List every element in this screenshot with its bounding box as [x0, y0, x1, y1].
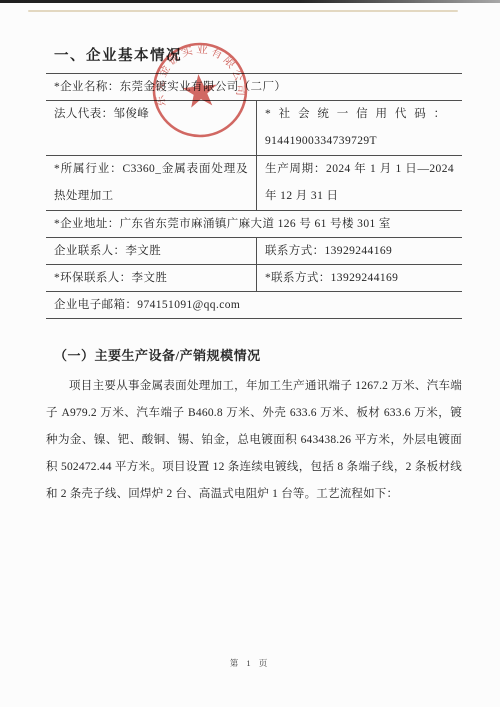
- industry-cell: *所属行业：C3360_金属表面处理及热处理加工: [46, 156, 257, 210]
- address-cell: *企业地址：广东省东莞市麻涌镇广麻大道 126 号 61 号楼 301 室: [46, 211, 462, 237]
- legal-rep-cell: 法人代表：邹俊峰: [46, 101, 257, 155]
- table-row: *企业地址：广东省东莞市麻涌镇广麻大道 126 号 61 号楼 301 室: [46, 211, 462, 238]
- scan-edge-artifact: [0, 0, 500, 3]
- contact-person-cell: 企业联系人：李文胜: [46, 238, 257, 264]
- credit-code-label: * 社 会 统 一 信 用 代 码 ：: [265, 101, 454, 128]
- enterprise-info-table: *企业名称：东莞金镀实业有限公司（二厂） 法人代表：邹俊峰 * 社 会 统 一 …: [46, 73, 462, 319]
- production-period-cell: 生产周期：2024 年 1 月 1 日—2024 年 12 月 31 日: [257, 156, 462, 210]
- table-row: *所属行业：C3360_金属表面处理及热处理加工 生产周期：2024 年 1 月…: [46, 156, 462, 211]
- section-heading: （一）主要生产设备/产销规模情况: [54, 347, 462, 365]
- document-page: 一、企业基本情况 *企业名称：东莞金镀实业有限公司（二厂） 法人代表：邹俊峰 *…: [46, 46, 462, 508]
- table-row: *企业名称：东莞金镀实业有限公司（二厂）: [46, 74, 462, 101]
- credit-code-value: 91441900334739729T: [265, 128, 454, 155]
- page-number: 第 1 页: [0, 657, 500, 669]
- contact-phone-cell: 联系方式：13929244169: [257, 238, 462, 264]
- scan-line-artifact: [28, 10, 458, 12]
- table-row: *环保联系人：李文胜 *联系方式：13929244169: [46, 265, 462, 292]
- env-contact-person-cell: *环保联系人：李文胜: [46, 265, 257, 291]
- table-row: 企业电子邮箱：974151091@qq.com: [46, 292, 462, 319]
- company-name-cell: *企业名称：东莞金镀实业有限公司（二厂）: [46, 74, 462, 100]
- page-title: 一、企业基本情况: [54, 46, 462, 66]
- table-row: 企业联系人：李文胜 联系方式：13929244169: [46, 238, 462, 265]
- table-row: 法人代表：邹俊峰 * 社 会 统 一 信 用 代 码 ： 91441900334…: [46, 101, 462, 156]
- env-contact-phone-cell: *联系方式：13929244169: [257, 265, 462, 291]
- body-paragraph: 项目主要从事金属表面处理加工，年加工生产通讯端子 1267.2 万米、汽车端子 …: [46, 373, 462, 508]
- credit-code-cell: * 社 会 统 一 信 用 代 码 ： 91441900334739729T: [257, 101, 462, 155]
- email-cell: 企业电子邮箱：974151091@qq.com: [46, 292, 462, 318]
